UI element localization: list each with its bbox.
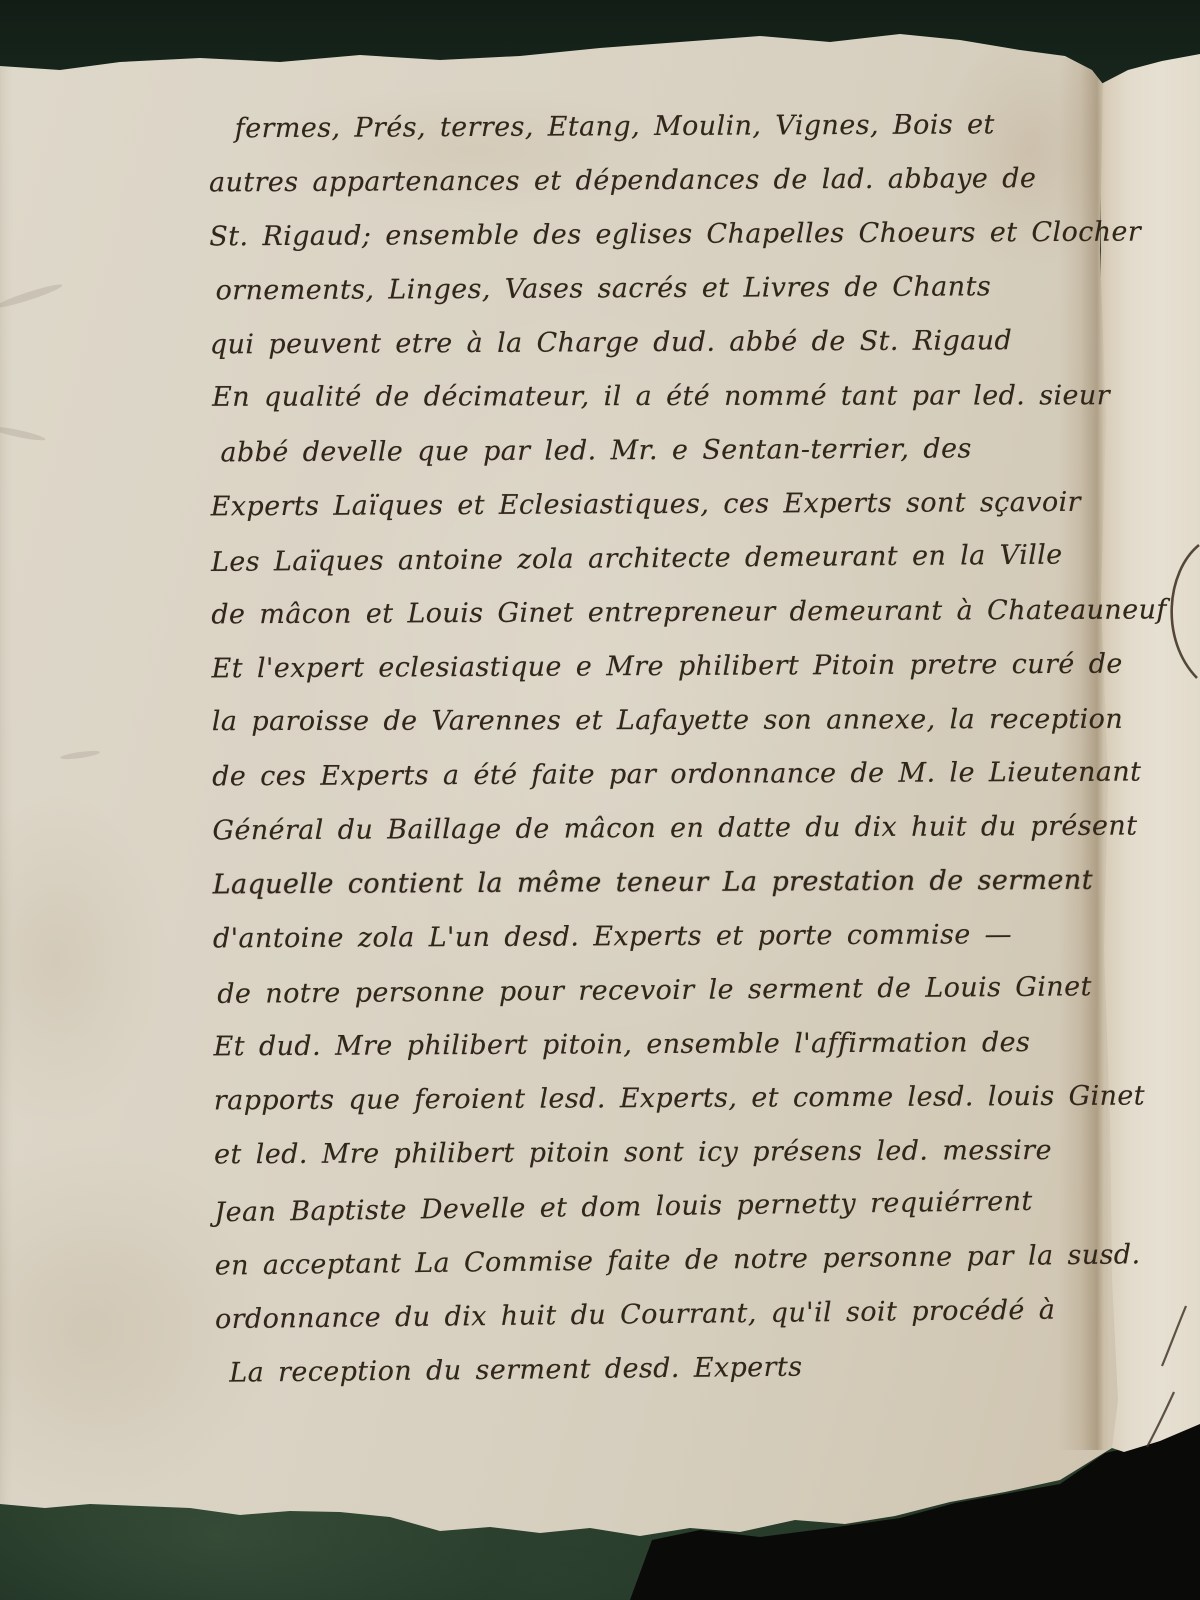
manuscript-line: abbé develle que par led. Mr. e Sentan-t…: [220, 422, 1116, 481]
manuscript-line: Et l'expert eclesiastique e Mre philiber…: [211, 638, 1117, 697]
manuscript-line: Laquelle contient la même teneur La pres…: [213, 854, 1119, 913]
manuscript-line: ornements, Linges, Vases sacrés et Livre…: [215, 260, 1115, 319]
manuscript-line: de notre personne pour recevoir le serme…: [217, 960, 1119, 1022]
manuscript-line: St. Rigaud; ensemble des eglises Chapell…: [209, 206, 1115, 265]
manuscript-line: Et dud. Mre philibert pitoin, ensemble l…: [213, 1016, 1119, 1075]
manuscript-line: rapports que feroient lesd. Experts, et …: [214, 1070, 1120, 1129]
manuscript-line: de ces Experts a été faite par ordonnanc…: [212, 746, 1118, 805]
manuscript-line: fermes, Prés, terres, Etang, Moulin, Vig…: [235, 98, 1115, 157]
manuscript-line: d'antoine zola L'un desd. Experts et por…: [213, 908, 1119, 967]
manuscript-line: Les Laïques antoine zola architecte deme…: [211, 528, 1117, 590]
manuscript-line: La reception du serment desd. Experts: [229, 1337, 1122, 1400]
manuscript-text: fermes, Prés, terres, Etang, Moulin, Vig…: [209, 98, 1122, 1399]
manuscript-line: Général du Baillage de mâcon en datte du…: [212, 800, 1118, 859]
ink-smudge: [0, 424, 46, 442]
manuscript-line: autres appartenances et dépendances de l…: [209, 152, 1115, 211]
ink-smudge: [0, 281, 64, 310]
manuscript-line: En qualité de décimateur, il a été nommé…: [212, 369, 1116, 425]
ink-smudge: [60, 749, 100, 761]
manuscript-line: la paroisse de Varennes et Lafayette son…: [212, 693, 1118, 749]
manuscript-line: et led. Mre philibert pitoin sont icy pr…: [214, 1124, 1120, 1183]
manuscript-line: qui peuvent etre à la Charge dud. abbé d…: [210, 314, 1116, 373]
manuscript-line: ordonnance du dix huit du Courrant, qu'i…: [215, 1283, 1122, 1347]
manuscript-photo: fermes, Prés, terres, Etang, Moulin, Vig…: [0, 0, 1200, 1600]
manuscript-line: Experts Laïques et Eclesiastiques, ces E…: [211, 476, 1117, 535]
manuscript-line: de mâcon et Louis Ginet entrepreneur dem…: [211, 584, 1117, 643]
